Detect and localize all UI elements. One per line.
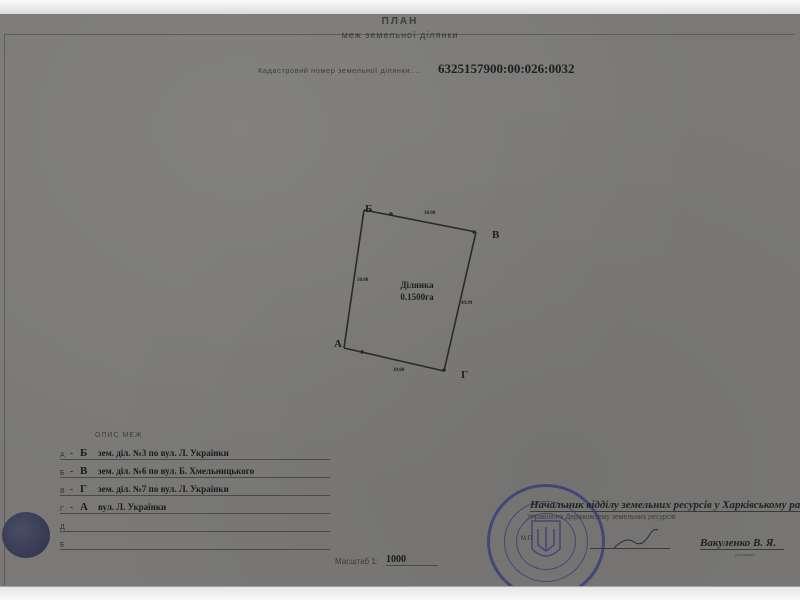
boundary-row: Г - А вул. Л. Українки (60, 499, 330, 514)
boundary-dash: - (70, 484, 73, 494)
boundary-from: А (60, 452, 65, 459)
trident-icon (526, 517, 566, 567)
vertex-label-v: В (492, 229, 500, 241)
document-sheet: ПЛАН меж земельної ділянки Кадастровий н… (0, 14, 800, 586)
vertex-label-g: Г (461, 369, 468, 381)
boundary-row: Б - В зем. діл. №6 по вул. Б. Хмельницьк… (60, 463, 330, 478)
boundary-from: Б (60, 470, 65, 477)
boundary-description: вул. Л. Українки (98, 502, 166, 512)
boundary-dash: - (70, 448, 73, 458)
seal-place-label: М.П. (521, 536, 534, 542)
boundary-to: А (80, 501, 88, 513)
side-length-vg: 49.99 (461, 301, 473, 306)
signatory-department: Управління Держкомзему земельних ресурсі… (527, 514, 676, 521)
boundary-row: В - Г зем. діл. №7 по вул. Л. Українки (60, 481, 330, 496)
parcel-outline (344, 210, 476, 371)
torn-edge-top (0, 0, 800, 15)
boundary-dash: - (70, 466, 73, 476)
vertex-label-b: Б (365, 203, 372, 215)
signer-name: Вакуленко В. Я. (700, 537, 784, 550)
boundary-from: Е (60, 542, 65, 549)
parcel-label: Ділянка (400, 280, 434, 290)
boundary-from: Д (60, 524, 65, 531)
boundary-row-empty: Е (60, 535, 330, 550)
boundaries-title: ОПИС МЕЖ (95, 432, 142, 439)
handwritten-signature-icon (612, 526, 662, 552)
side-length-ab: 50.00 (357, 278, 369, 283)
scale-value: 1000 (386, 554, 438, 566)
signatory-organization: Начальник відділу земельних ресурсів у Х… (530, 499, 800, 512)
side-length-ga: 30.00 (393, 368, 405, 373)
side-length-bv: 30.00 (424, 211, 436, 216)
vertex-label-a: А (334, 338, 342, 350)
scale-label: Масштаб 1: (335, 557, 378, 566)
boundary-to: Б (80, 447, 87, 459)
boundary-to: В (80, 465, 87, 477)
boundary-description: зем. діл. №7 по вул. Л. Українки (98, 484, 229, 494)
boundary-dash: - (70, 502, 73, 512)
emblem-badge-icon (2, 512, 50, 558)
boundary-row: А - Б зем. діл. №3 по вул. Л. Українки (60, 445, 330, 460)
signer-caption: (прізвище) (735, 552, 755, 557)
boundary-from: Г (60, 506, 64, 513)
boundary-to: Г (80, 483, 87, 495)
boundary-from: В (60, 488, 65, 495)
boundary-description: зем. діл. №3 по вул. Л. Українки (98, 448, 229, 458)
parcel-area: 0.1500га (400, 292, 434, 302)
boundary-row-empty: Д (60, 517, 330, 532)
torn-edge-bottom (0, 586, 800, 600)
boundary-description: зем. діл. №6 по вул. Б. Хмельницького (98, 466, 254, 476)
